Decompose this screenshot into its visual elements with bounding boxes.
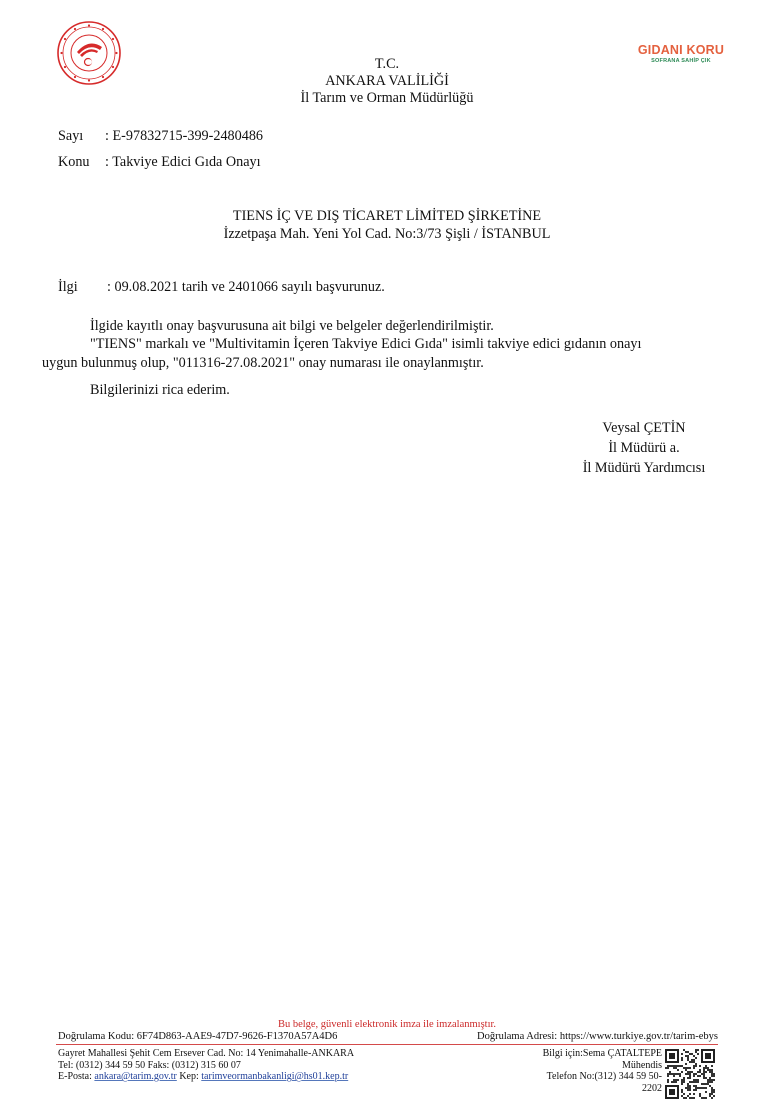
org-header-directorate: İl Tarım ve Orman Müdürlüğü [0,90,774,107]
signer-title-2: İl Müdürü Yardımcısı [564,458,724,478]
ilgi-value: : 09.08.2021 tarih ve 2401066 sayılı baş… [107,279,385,295]
qr-code-icon [665,1049,715,1099]
konu-label: Konu [58,154,105,171]
verification-code: Doğrulama Kodu: 6F74D863-AAE9-47D7-9626-… [58,1031,337,1043]
email-line: E-Posta: ankara@tarim.gov.tr Kep: tarimv… [58,1071,354,1083]
document-number-row: Sayı: E-97832715-399-2480486 [58,128,263,145]
kep-link[interactable]: tarimveormanbakanligi@hs01.kep.tr [201,1071,348,1082]
sayi-value: : E-97832715-399-2480486 [105,128,263,144]
esign-notice: Bu belge, güvenli elektronik imza ile im… [0,1019,774,1031]
body-line-3: uygun bulunmuş olup, "011316-27.08.2021"… [42,355,484,372]
recipient-address: İzzetpaşa Mah. Yeni Yol Cad. No:3/73 Şiş… [0,226,774,243]
signer-name: Veysal ÇETİN [564,418,724,438]
email-link[interactable]: ankara@tarim.gov.tr [94,1071,176,1082]
info-phone-ext: 2202 [462,1083,662,1095]
body-line-4: Bilgilerinizi rica ederim. [90,382,230,399]
subject-row: Konu: Takviye Edici Gıda Onayı [58,154,261,171]
org-header-tc: T.C. [0,56,774,73]
reference-row: İlgi: 09.08.2021 tarih ve 2401066 sayılı… [58,279,385,296]
verification-address: Doğrulama Adresi: https://www.turkiye.go… [477,1031,718,1043]
info-contact: Bilgi için:Sema ÇATALTEPE Mühendis Telef… [462,1048,662,1094]
body-line-2: "TIENS" markalı ve "Multivitamin İçeren … [90,336,641,353]
info-role: Mühendis [462,1060,662,1072]
sayi-label: Sayı [58,128,105,145]
footer-divider [56,1044,718,1045]
address-line: Gayret Mahallesi Şehit Cem Ersever Cad. … [58,1048,354,1060]
org-header-valilik: ANKARA VALİLİĞİ [0,73,774,90]
konu-value: : Takviye Edici Gıda Onayı [105,154,261,170]
ilgi-label: İlgi [58,279,107,296]
signature-block: Veysal ÇETİN İl Müdürü a. İl Müdürü Yard… [564,418,724,478]
body-line-1: İlgide kayıtlı onay başvurusuna ait bilg… [90,318,494,335]
kep-label: Kep: [177,1071,201,1082]
contact-info: Gayret Mahallesi Şehit Cem Ersever Cad. … [58,1048,354,1083]
info-person: Bilgi için:Sema ÇATALTEPE [462,1048,662,1060]
phone-line: Tel: (0312) 344 59 50 Faks: (0312) 315 6… [58,1060,354,1072]
signer-title-1: İl Müdürü a. [564,438,724,458]
info-phone: Telefon No:(312) 344 59 50- [462,1071,662,1083]
email-label: E-Posta: [58,1071,94,1082]
recipient-name: TIENS İÇ VE DIŞ TİCARET LİMİTED ŞİRKETİN… [0,208,774,225]
